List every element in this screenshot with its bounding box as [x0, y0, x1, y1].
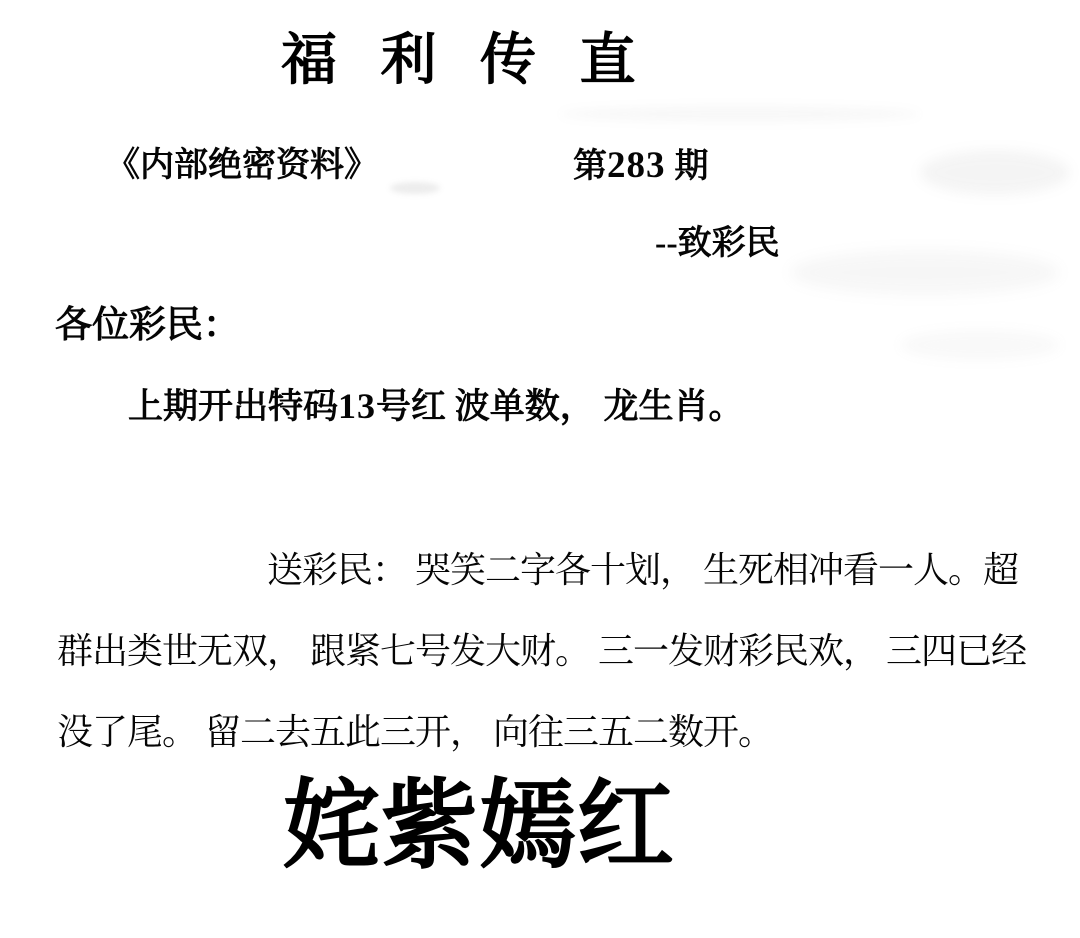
issue-label: 第283期 — [573, 144, 709, 188]
message-line-3: 没了尾。 留二去五此三开， 向往三五二数开。 — [57, 692, 1057, 773]
result-number: 13 — [338, 386, 376, 426]
previous-result-line: 上期开出特码13号红 波单数， 龙生肖。 — [128, 385, 744, 428]
scan-artifact — [920, 150, 1070, 195]
page-title: 福 利 传 直 — [281, 30, 648, 92]
scan-artifact — [390, 182, 440, 194]
document-page: 福 利 传 直 《内部绝密资料》 第283期 --致彩民 各位彩民： 上期开出特… — [0, 0, 1080, 938]
scan-artifact — [560, 106, 920, 122]
issue-suffix: 期 — [675, 148, 709, 185]
result-text-pre: 上期开出特码 — [128, 387, 338, 426]
message-line-1: 送彩民： 哭笑二字各十划， 生死相冲看一人。超 — [57, 530, 1057, 611]
message-paragraph: 送彩民： 哭笑二字各十划， 生死相冲看一人。超 群出类世无双， 跟紧七号发大财。… — [57, 530, 1057, 773]
highlight-phrase: 姹紫嫣红 — [283, 774, 675, 881]
scan-artifact — [900, 330, 1060, 360]
scan-artifact — [790, 250, 1060, 295]
issue-prefix: 第 — [573, 148, 607, 185]
byline: --致彩民 — [655, 224, 780, 265]
result-text-post: 号红 波单数， 龙生肖。 — [376, 387, 744, 426]
salutation: 各位彩民： — [55, 304, 240, 348]
issue-number: 283 — [607, 145, 666, 186]
classification-label: 《内部绝密资料》 — [106, 146, 378, 187]
message-line-2: 群出类世无双， 跟紧七号发大财。 三一发财彩民欢， 三四已经 — [57, 611, 1057, 692]
